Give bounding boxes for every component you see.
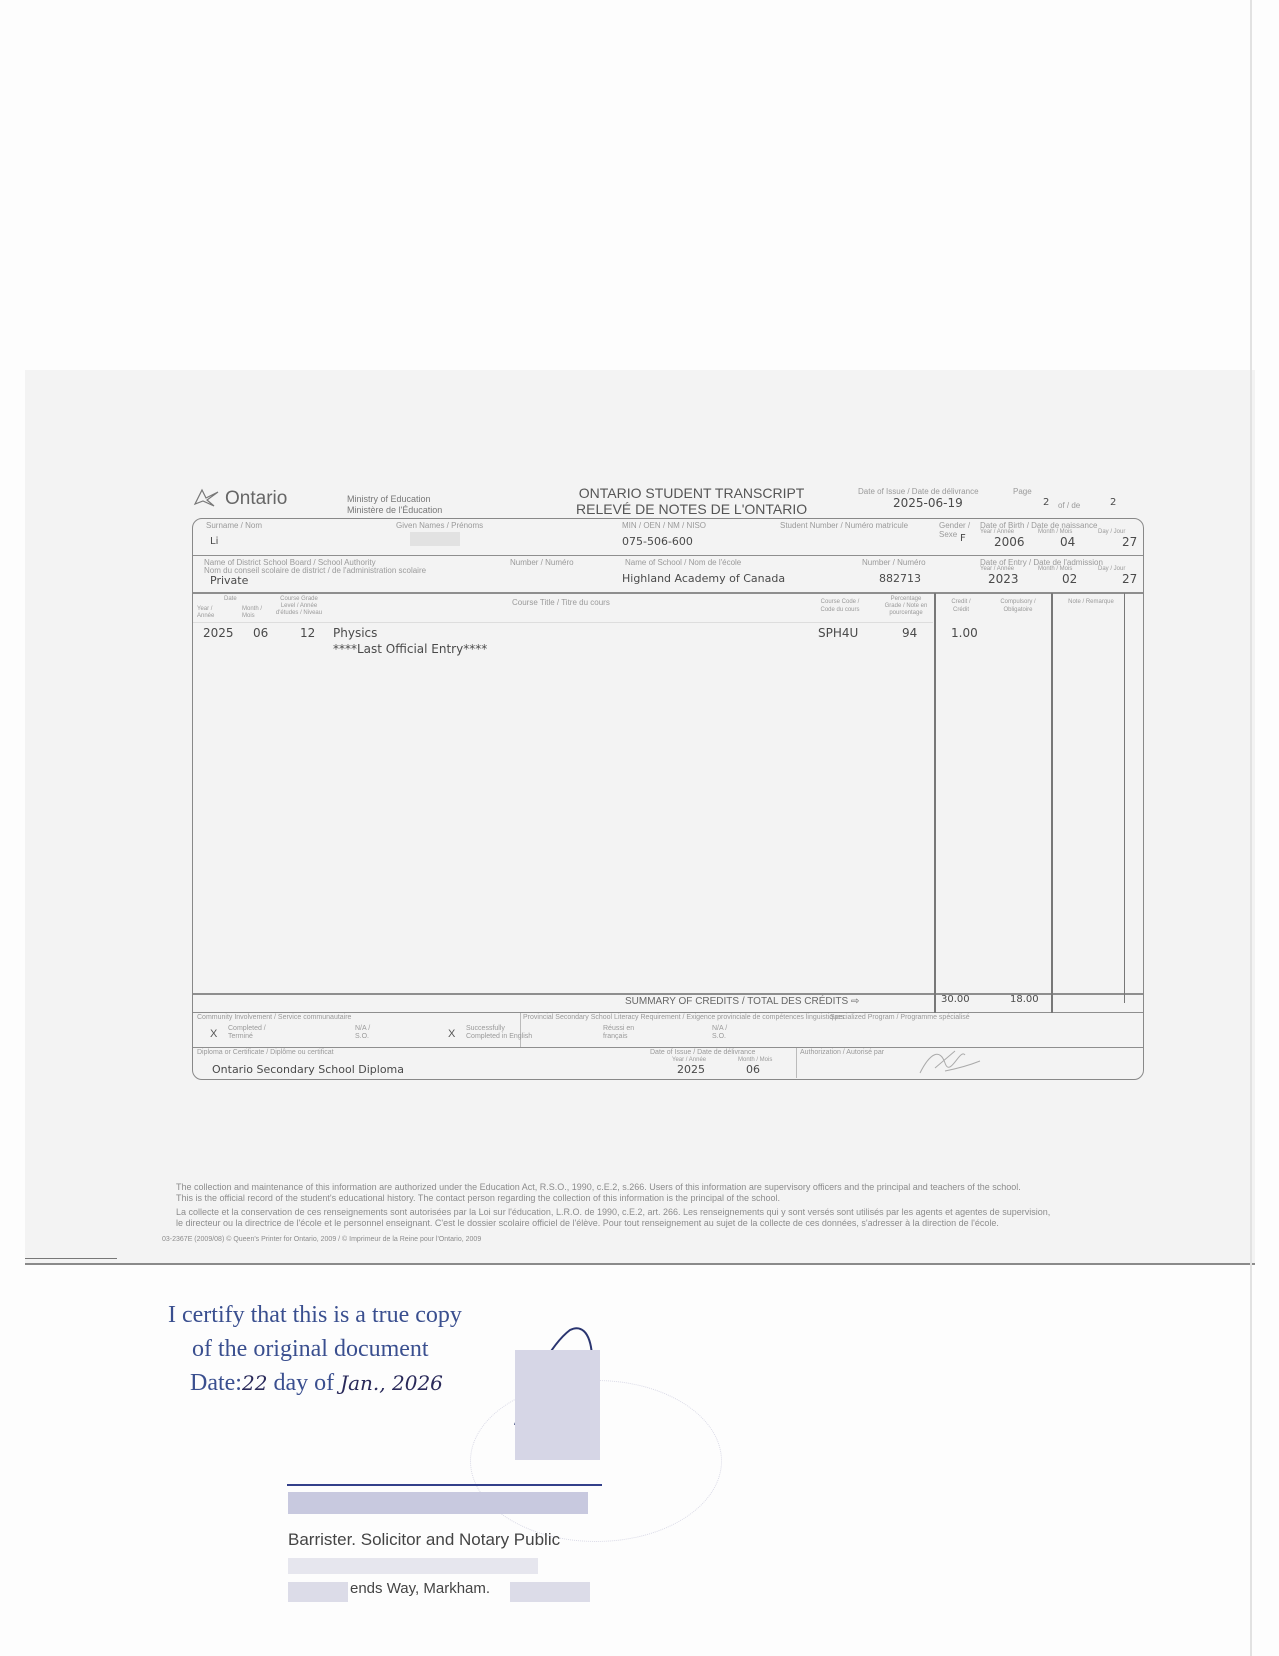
day-of-text: day of [273,1370,334,1396]
column-divider [934,593,936,1013]
percentage-header: Percentage Grade / Note en pourcentage [882,596,930,617]
student-number-label: Student Number / Numéro matricule [780,521,908,530]
certification-line-1: I certify that this is a true copy [168,1298,462,1332]
divider [193,592,1143,594]
diploma-issue-year: 2025 [677,1063,705,1076]
date-header: Date [224,596,237,602]
divider [193,1012,1143,1013]
date-prefix: Date: [190,1370,242,1396]
date-of-issue-label: Date of Issue / Date de délivrance [858,487,979,496]
notary-address: ends Way, Markham. [350,1580,490,1597]
credit-header: Credit / Crédit [945,598,977,614]
month-header: Month / Mois [242,606,264,620]
title-en: ONTARIO STUDENT TRANSCRIPT [576,485,807,501]
course-code-header: Course Code / Code du cours [815,598,865,614]
row-grade-level: 12 [300,626,315,640]
dob-day: 27 [1122,535,1137,549]
given-names-label: Given Names / Prénoms [396,521,483,530]
footnote-fr-2: le directeur ou la directrice de l'école… [176,1218,999,1229]
title-fr: RELEVÉ DE NOTES DE L'ONTARIO [576,501,807,517]
entry-month: 02 [1062,572,1077,586]
diploma-label: Diploma or Certificate / Diplôme ou cert… [197,1049,334,1056]
gender-value: F [960,533,966,544]
footnote-fr-1: La collecte et la conservation de ces re… [176,1207,1050,1218]
trillium-logo-icon [192,486,222,508]
row-course-title: Physics [333,626,377,640]
diploma-issue-label: Date of Issue / Date de délivrance [650,1049,755,1056]
footnote-en-2: This is the official record of the stude… [176,1193,780,1204]
entry-year: 2023 [988,572,1019,586]
community-completed-label: Completed / Terminé [228,1025,268,1041]
footnote-en-1: The collection and maintenance of this i… [176,1182,1021,1193]
redacted-notary-name [288,1492,588,1514]
note-header: Note / Remarque [1066,598,1116,606]
ministry-fr: Ministère de l'Éducation [347,505,442,516]
certification-date-line: Date:22 day of Jan., 2026 [168,1366,462,1400]
specialized-program-label: Specialized Program / Programme spéciali… [830,1014,970,1021]
school-name-value: Highland Academy of Canada [622,572,785,585]
board-number-label: Number / Numéro [510,558,574,567]
document-title: ONTARIO STUDENT TRANSCRIPT RELEVÉ DE NOT… [576,485,807,517]
diploma-value: Ontario Secondary School Diploma [212,1063,404,1076]
entry-day: 27 [1122,572,1137,586]
total-compulsory: 18.00 [1010,994,1039,1005]
course-title-header: Course Title / Titre du cours [512,598,610,607]
divider [193,555,1143,556]
row-percentage: 94 [902,626,917,640]
scan-edge-mark [25,1258,117,1259]
redacted-notary-address [288,1582,348,1602]
ministry-name: Ministry of Education Ministère de l'Édu… [347,494,442,516]
page-number: 2 [1043,497,1049,508]
school-name-label: Name of School / Nom de l'école [625,558,741,567]
handwritten-year: , 2026 [379,1371,443,1395]
board-value: Private [210,574,248,587]
dob-year: 2006 [994,535,1025,549]
surname-label: Surname / Nom [206,521,262,530]
community-label: Community Involvement / Service communau… [197,1014,351,1021]
redacted-given-names [410,532,460,546]
compulsory-header: Compulsory / Obligatoire [993,598,1043,614]
divider [193,993,1143,995]
notary-title: Barrister. Solicitor and Notary Public [288,1530,560,1550]
certification-line-2: of the original document [168,1332,462,1366]
grade-level-header: Course Grade Level / Année d'études / Ni… [274,596,324,617]
handwritten-month: Jan. [340,1371,379,1395]
page-edge [1250,0,1252,1656]
notary-signature-line [287,1484,602,1486]
literacy-label: Provincial Secondary School Literacy Req… [523,1014,844,1021]
literacy-completed-checkbox: X [448,1028,455,1040]
scan-edge [25,1263,1255,1265]
redacted-notary-phone [288,1558,538,1574]
community-na-label: N/A / S.O. [355,1025,375,1041]
surname-value: Li [210,536,218,547]
year-header: Year / Année [197,606,219,620]
dob-month: 04 [1060,535,1075,549]
community-completed-checkbox: X [210,1028,217,1040]
literacy-completed-label: Successfully Completed in English [466,1025,536,1041]
literacy-fr-label: Réussi en français [603,1025,643,1041]
school-number-value: 882713 [879,572,921,585]
authorization-label: Authorization / Autorisé par [800,1049,884,1056]
redacted-signature [515,1350,600,1460]
total-credits: 30.00 [941,994,970,1005]
row-year: 2025 [203,626,234,640]
certification-block: I certify that this is a true copy of th… [168,1298,462,1400]
redacted-notary-postal [510,1582,590,1602]
ontario-logo-text: Ontario [225,488,287,510]
school-number-label: Number / Numéro [862,558,926,567]
column-divider [1051,593,1053,1013]
gender-label: Gender / Sexe [939,521,971,539]
row-course-code: SPH4U [818,626,858,640]
divider [193,1047,1143,1048]
page-of-label: of / de [1058,501,1080,510]
header-divider [193,622,933,623]
handwritten-day: 22 [242,1371,267,1395]
row-credit: 1.00 [951,626,978,640]
date-of-issue: 2025-06-19 [893,496,963,510]
column-divider [796,1048,797,1078]
page-total: 2 [1110,497,1116,508]
row-month: 06 [253,626,268,640]
column-divider [1124,593,1125,1003]
authorization-signature-icon [915,1043,985,1077]
summary-of-credits-label: SUMMARY OF CREDITS / TOTAL DES CRÉDITS ⇨ [625,996,859,1007]
last-official-entry: ****Last Official Entry**** [333,642,487,656]
page-label: Page [1013,487,1032,496]
literacy-na-label: N/A / S.O. [712,1025,732,1041]
oen-label: MIN / OEN / NM / NISO [622,521,706,530]
ministry-en: Ministry of Education [347,494,442,505]
diploma-issue-month: 06 [746,1063,760,1076]
form-number: 03-2367E (2009/08) © Queen's Printer for… [162,1234,481,1245]
oen-value: 075-506-600 [622,535,693,548]
